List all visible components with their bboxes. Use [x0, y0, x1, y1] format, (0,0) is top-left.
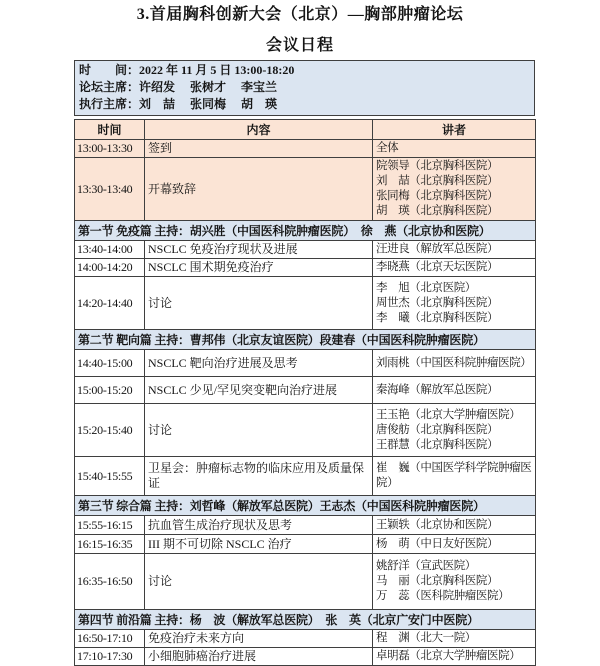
schedule-row: 14:20-14:40 讨论 李 旭（北京医院） 周世杰（北京胸科医院） 李 曦…	[75, 277, 536, 330]
section-header-cell: 第四节 前沿篇 主持：杨 波（解放军总医院） 张 英（北京广安门中医院）	[75, 610, 536, 630]
speaker-cell: 王玉艳（北京大学肿瘤医院） 唐俊舫（北京胸科医院） 王群慧（北京胸科医院）	[373, 404, 536, 457]
content-cell: NSCLC 围术期免疫治疗	[145, 259, 373, 277]
meeting-info-box: 时 间：2022 年 11 月 5 日 13:00-18:20 论坛主席：许绍发…	[74, 60, 535, 116]
speaker-cell: 卓明磊（北京大学肿瘤医院）	[373, 648, 536, 666]
executive-chairs-line: 执行主席：刘 喆 张同梅 胡 瑛	[79, 96, 530, 113]
time-cell: 14:40-15:00	[75, 350, 145, 377]
content-cell: NSCLC 靶向治疗进展及思考	[145, 350, 373, 377]
schedule-row: 15:55-16:15 抗血管生成治疗现状及思考 王颖轶（北京协和医院）	[75, 516, 536, 535]
meeting-time-line: 时 间：2022 年 11 月 5 日 13:00-18:20	[79, 62, 530, 79]
column-header-content: 内容	[145, 120, 373, 140]
time-cell: 15:00-15:20	[75, 377, 145, 404]
speaker-cell: 李 旭（北京医院） 周世杰（北京胸科医院） 李 曦（北京胸科医院）	[373, 277, 536, 330]
schedule-row: 16:50-17:10 免疫治疗未来方向 程 渊（北大一院）	[75, 630, 536, 648]
time-cell: 15:20-15:40	[75, 404, 145, 457]
page-subtitle: 会议日程	[0, 36, 600, 56]
speaker-cell: 全体	[373, 140, 536, 158]
content-cell: NSCLC 少见/罕见突变靶向治疗进展	[145, 377, 373, 404]
schedule-row: 13:30-13:40 开幕致辞 院领导（北京胸科医院） 刘 喆（北京胸科医院）…	[75, 158, 536, 221]
section-header-row: 第一节 免疫篇 主持：胡兴胜（中国医科院肿瘤医院） 徐 燕（北京协和医院）	[75, 221, 536, 241]
speaker-cell: 崔 巍（中国医学科学院肿瘤医院）	[373, 457, 536, 496]
column-header-speaker: 讲者	[373, 120, 536, 140]
speaker-cell: 程 渊（北大一院）	[373, 630, 536, 648]
column-header-row: 时间 内容 讲者	[75, 120, 536, 140]
content-cell: 抗血管生成治疗现状及思考	[145, 516, 373, 535]
section-header-cell: 第三节 综合篇 主持：刘哲峰（解放军总医院）王志杰（中国医科院肿瘤医院）	[75, 496, 536, 516]
schedule-row: 16:15-16:35 III 期不可切除 NSCLC 治疗 杨 萌（中日友好医…	[75, 535, 536, 554]
schedule-table: 时间 内容 讲者 13:00-13:30 签到 全体 13:30-13:40 开…	[74, 119, 536, 666]
schedule-row: 15:00-15:20 NSCLC 少见/罕见突变靶向治疗进展 秦海峰（解放军总…	[75, 377, 536, 404]
content-cell: 签到	[145, 140, 373, 158]
speaker-cell: 刘雨桃（中国医科院肿瘤医院）	[373, 350, 536, 377]
content-cell: III 期不可切除 NSCLC 治疗	[145, 535, 373, 554]
speaker-cell: 汪进良（解放军总医院）	[373, 241, 536, 259]
time-cell: 17:10-17:30	[75, 648, 145, 666]
schedule-row: 15:40-15:55 卫星会：肿瘤标志物的临床应用及质量保证 崔 巍（中国医学…	[75, 457, 536, 496]
schedule-row: 14:00-14:20 NSCLC 围术期免疫治疗 李晓燕（北京天坛医院）	[75, 259, 536, 277]
content-cell: NSCLC 免疫治疗现状及进展	[145, 241, 373, 259]
schedule-row: 15:20-15:40 讨论 王玉艳（北京大学肿瘤医院） 唐俊舫（北京胸科医院）…	[75, 404, 536, 457]
time-cell: 13:40-14:00	[75, 241, 145, 259]
schedule-row: 13:00-13:30 签到 全体	[75, 140, 536, 158]
speaker-cell: 王颖轶（北京协和医院）	[373, 516, 536, 535]
speaker-cell: 姚舒洋（宣武医院） 马 丽（北京胸科医院） 万 蕊（医科院肿瘤医院）	[373, 554, 536, 610]
column-header-time: 时间	[75, 120, 145, 140]
section-header-row: 第四节 前沿篇 主持：杨 波（解放军总医院） 张 英（北京广安门中医院）	[75, 610, 536, 630]
document-body: 时 间：2022 年 11 月 5 日 13:00-18:20 论坛主席：许绍发…	[74, 60, 535, 666]
time-cell: 14:20-14:40	[75, 277, 145, 330]
time-cell: 16:35-16:50	[75, 554, 145, 610]
content-cell: 卫星会：肿瘤标志物的临床应用及质量保证	[145, 457, 373, 496]
section-header-cell: 第一节 免疫篇 主持：胡兴胜（中国医科院肿瘤医院） 徐 燕（北京协和医院）	[75, 221, 536, 241]
time-cell: 15:55-16:15	[75, 516, 145, 535]
schedule-row: 13:40-14:00 NSCLC 免疫治疗现状及进展 汪进良（解放军总医院）	[75, 241, 536, 259]
speaker-cell: 秦海峰（解放军总医院）	[373, 377, 536, 404]
forum-chairs-line: 论坛主席：许绍发 张树才 李宝兰	[79, 79, 530, 96]
page-title: 3.首届胸科创新大会（北京）—胸部肿瘤论坛	[0, 5, 600, 25]
content-cell: 讨论	[145, 277, 373, 330]
content-cell: 免疫治疗未来方向	[145, 630, 373, 648]
section-header-row: 第二节 靶向篇 主持：曹邦伟（北京友谊医院）段建春（中国医科院肿瘤医院）	[75, 330, 536, 350]
schedule-row: 14:40-15:00 NSCLC 靶向治疗进展及思考 刘雨桃（中国医科院肿瘤医…	[75, 350, 536, 377]
speaker-cell: 杨 萌（中日友好医院）	[373, 535, 536, 554]
time-cell: 16:50-17:10	[75, 630, 145, 648]
section-header-row: 第三节 综合篇 主持：刘哲峰（解放军总医院）王志杰（中国医科院肿瘤医院）	[75, 496, 536, 516]
time-cell: 16:15-16:35	[75, 535, 145, 554]
content-cell: 开幕致辞	[145, 158, 373, 221]
content-cell: 讨论	[145, 554, 373, 610]
schedule-row: 17:10-17:30 小细胞肺癌治疗进展 卓明磊（北京大学肿瘤医院）	[75, 648, 536, 666]
time-cell: 13:30-13:40	[75, 158, 145, 221]
section-header-cell: 第二节 靶向篇 主持：曹邦伟（北京友谊医院）段建春（中国医科院肿瘤医院）	[75, 330, 536, 350]
schedule-row: 16:35-16:50 讨论 姚舒洋（宣武医院） 马 丽（北京胸科医院） 万 蕊…	[75, 554, 536, 610]
time-cell: 15:40-15:55	[75, 457, 145, 496]
time-cell: 13:00-13:30	[75, 140, 145, 158]
speaker-cell: 院领导（北京胸科医院） 刘 喆（北京胸科医院） 张同梅（北京胸科医院） 胡 瑛（…	[373, 158, 536, 221]
speaker-cell: 李晓燕（北京天坛医院）	[373, 259, 536, 277]
content-cell: 小细胞肺癌治疗进展	[145, 648, 373, 666]
time-cell: 14:00-14:20	[75, 259, 145, 277]
content-cell: 讨论	[145, 404, 373, 457]
